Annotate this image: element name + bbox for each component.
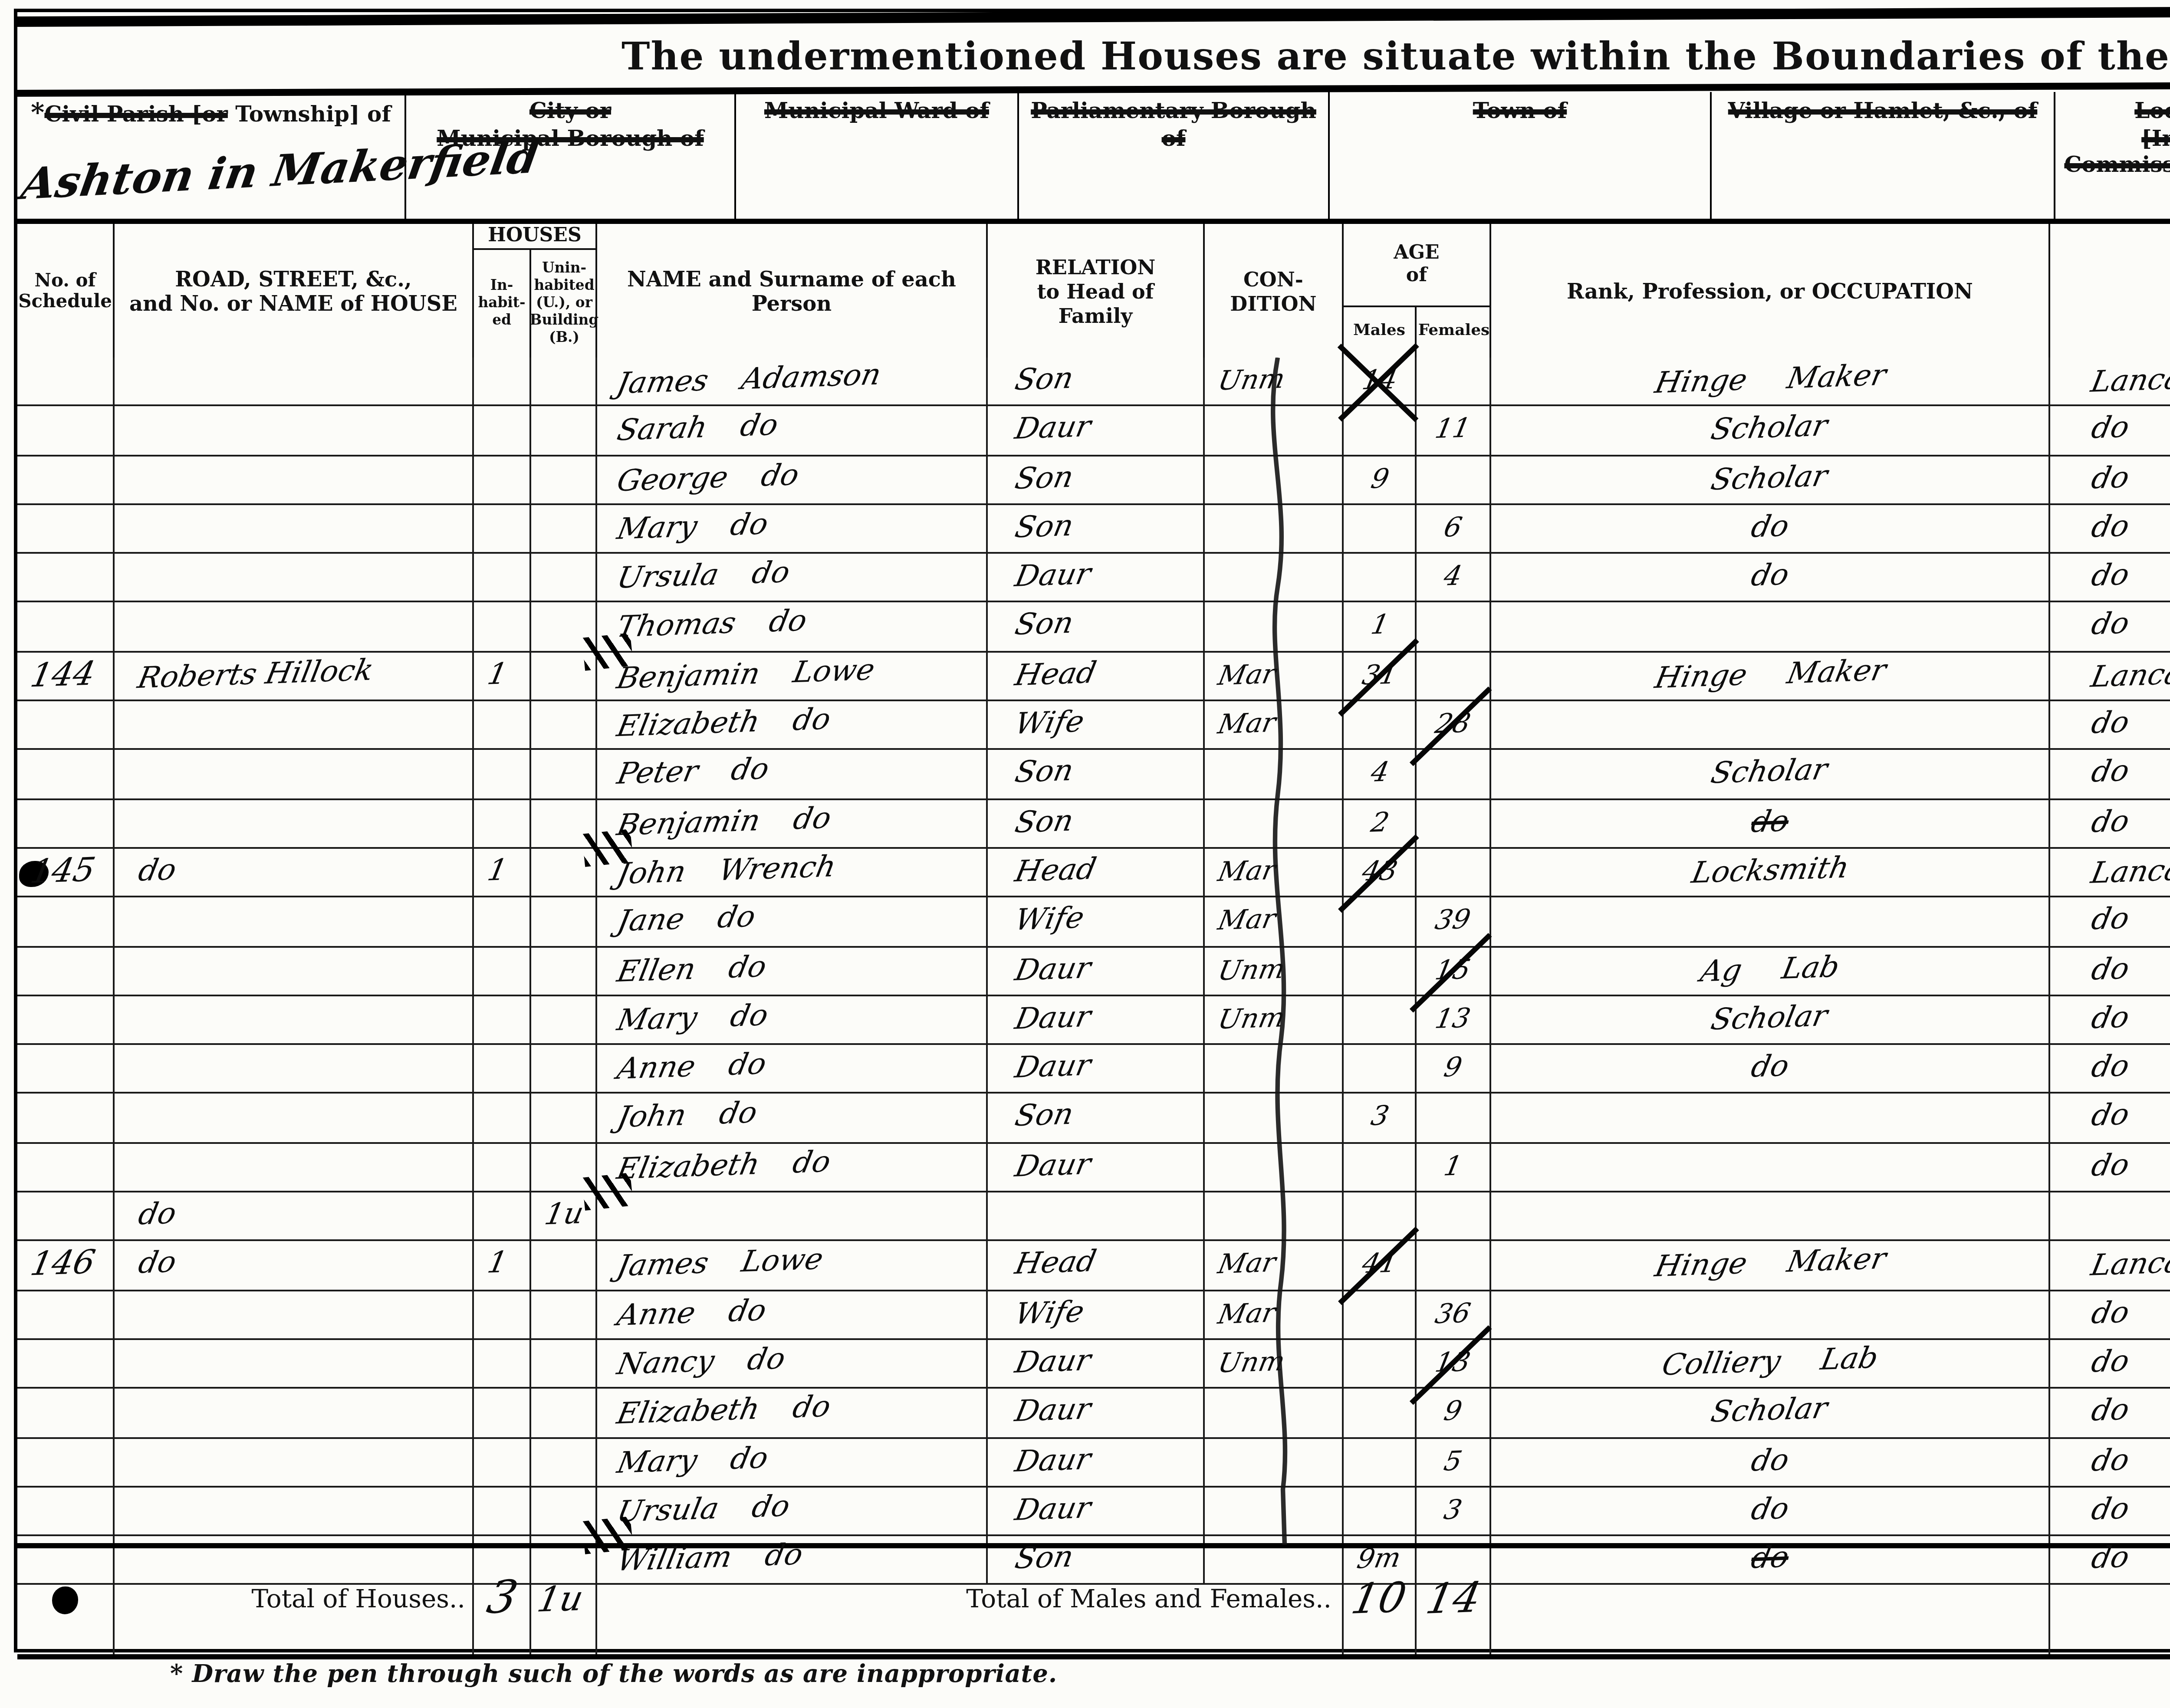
born-county: do — [2088, 1339, 2134, 1386]
cell-age-f: 6 — [1417, 505, 1491, 552]
totals-houses-uninhabited: 1u — [531, 1548, 597, 1654]
cell-condition: Mar — [1205, 701, 1344, 749]
cell-relation: Wife — [988, 898, 1205, 945]
cell-schedule — [17, 947, 115, 994]
handwritten-inhabited: 1 — [483, 1242, 511, 1287]
handwritten-relation: Daur — [1011, 995, 1095, 1042]
cell-age-m — [1344, 1045, 1417, 1093]
cell-born: LancashireWarrington — [2050, 849, 2170, 896]
cell-road: do — [115, 1242, 474, 1289]
cell-schedule — [17, 407, 115, 454]
district-cell-6: Village or Hamlet, &c., of — [1712, 92, 2055, 219]
cell-uninhabited — [531, 1242, 597, 1289]
census-sheet: – – – – The undermentioned Houses are si… — [0, 0, 2170, 1708]
census-row: James AdamsonSonUnm14Hinge MakerLancashi… — [17, 358, 2170, 407]
cell-uninhabited — [531, 1438, 597, 1485]
handwritten-relation: Daur — [1011, 553, 1095, 601]
cell-occupation: Scholar — [1491, 751, 2050, 798]
handwritten-age-f: 4 — [1440, 554, 1466, 599]
cell-name: Ursula do — [597, 554, 988, 601]
handwritten-occupation: do — [1747, 553, 1792, 600]
cell-schedule — [17, 898, 115, 945]
cell-uninhabited — [531, 456, 597, 503]
cell-inhabited — [474, 947, 531, 994]
cell-condition — [1205, 1438, 1344, 1485]
cell-road: do — [115, 849, 474, 896]
handwritten-inhabited: 1 — [483, 652, 511, 697]
cell-schedule: 144 — [17, 652, 115, 700]
handwritten-name: John Wrench — [613, 845, 840, 897]
cell-schedule — [17, 1143, 115, 1191]
handwritten-occupation: Scholar — [1708, 1387, 1832, 1436]
cell-age-f: 9 — [1417, 1389, 1491, 1436]
handwritten-relation: Wife — [1011, 700, 1088, 748]
handwritten-name: Mary do — [613, 993, 772, 1044]
district-cell-7: Local Board, or [Improvement Commissione… — [2055, 92, 2170, 219]
cell-occupation — [1491, 1094, 2050, 1142]
cell-name: Thomas do — [597, 603, 988, 650]
handwritten-name: Thomas do — [613, 600, 811, 651]
cell-occupation: Hinge Maker — [1491, 1242, 2050, 1289]
cell-uninhabited — [531, 701, 597, 749]
handwritten-relation: Son — [1011, 798, 1077, 846]
cell-relation: Daur — [988, 947, 1205, 994]
born-county: do — [2088, 701, 2134, 747]
household-separator-mark — [582, 829, 633, 867]
census-row: Mary doDaur5dododo — [17, 1438, 2170, 1487]
cell-relation: Daur — [988, 1438, 1205, 1485]
cell-born: dodo — [2050, 996, 2170, 1043]
cell-name: Anne do — [597, 1045, 988, 1093]
district-header-strip: *Civil Parish [or Township] ofAshton in … — [17, 92, 2170, 219]
handwritten-condition: Mar — [1214, 1241, 1279, 1288]
cell-condition: Unm — [1205, 947, 1344, 994]
cell-schedule — [17, 554, 115, 601]
born-county: Lancashire — [2088, 355, 2170, 405]
cell-inhabited — [474, 751, 531, 798]
cell-age-m — [1344, 947, 1417, 994]
handwritten-age-f: 11 — [1431, 406, 1475, 453]
handwritten-schedule: 144 — [26, 651, 99, 699]
table-header: No. of Schedule ROAD, STREET, &c., and N… — [17, 219, 2170, 358]
cell-inhabited — [474, 800, 531, 847]
cell-relation: Daur — [988, 1143, 1205, 1191]
cell-born: dodo — [2050, 456, 2170, 503]
handwritten-relation: Head — [1011, 1240, 1100, 1288]
cell-born: doAshton — [2050, 898, 2170, 945]
cell-occupation: Scholar — [1491, 456, 2050, 503]
handwritten-age-f: 3 — [1440, 1487, 1466, 1533]
cell-occupation — [1491, 1192, 2050, 1240]
handwritten-occupation: Hinge Maker — [1651, 1238, 1890, 1291]
cell-occupation — [1491, 1143, 2050, 1191]
handwritten-road: do — [135, 848, 180, 894]
handwritten-relation: Wife — [1011, 1290, 1088, 1337]
cell-road — [115, 505, 474, 552]
census-rows: James AdamsonSonUnm14Hinge MakerLancashi… — [17, 358, 2170, 1586]
cell-name: Mary do — [597, 996, 988, 1043]
handwritten-relation: Head — [1011, 651, 1100, 699]
cell-road: Roberts Hillock — [115, 652, 474, 700]
cell-occupation: do — [1491, 1045, 2050, 1093]
handwritten-road: do — [135, 1241, 180, 1288]
cell-relation: Son — [988, 603, 1205, 650]
handwritten-occupation: do — [1747, 1438, 1792, 1484]
cell-age-m: 43 — [1344, 849, 1417, 896]
cell-age-f: 36 — [1417, 1291, 1491, 1338]
handwritten-name: Benjamin Lowe — [613, 648, 879, 702]
cell-age-f — [1417, 652, 1491, 700]
cell-born: dodo — [2050, 800, 2170, 847]
handwritten-name: Elizabeth do — [613, 1385, 834, 1438]
col-header-females: Females — [1417, 307, 1491, 358]
district-label: Local Board, or [Improvement Commissione… — [2064, 97, 2170, 177]
born-county: do — [2088, 750, 2134, 796]
born-county: do — [2088, 553, 2134, 600]
cell-age-m: 4 — [1344, 751, 1417, 798]
cell-schedule — [17, 701, 115, 749]
cell-age-m: 31 — [1344, 652, 1417, 700]
census-row: Peter doSon4Scholardodo — [17, 751, 2170, 800]
cell-uninhabited — [531, 947, 597, 994]
cell-inhabited — [474, 1389, 531, 1436]
cell-born: LancashireAshton — [2050, 652, 2170, 700]
handwritten-relation: Head — [1011, 847, 1100, 895]
cell-born: LancashireAshton — [2050, 1242, 2170, 1289]
cell-relation: Daur — [988, 407, 1205, 454]
cell-age-f — [1417, 456, 1491, 503]
handwritten-relation: Son — [1011, 455, 1077, 502]
cell-road — [115, 996, 474, 1043]
cell-born: dodo — [2050, 701, 2170, 749]
census-row: John doSon3dodo — [17, 1094, 2170, 1143]
born-county: do — [2088, 1094, 2134, 1140]
handwritten-occupation: Scholar — [1708, 749, 1832, 798]
cell-born: dodo — [2050, 603, 2170, 650]
cell-age-m — [1344, 1291, 1417, 1338]
handwritten-age-m: 3 — [1366, 1094, 1392, 1140]
cell-road — [115, 947, 474, 994]
handwritten-age-m: 2 — [1366, 799, 1392, 845]
handwritten-occupation: Locksmith — [1687, 846, 1853, 897]
handwritten-relation: Daur — [1011, 946, 1095, 993]
cell-condition — [1205, 1094, 1344, 1142]
cell-age-m — [1344, 554, 1417, 601]
cell-relation: Head — [988, 1242, 1205, 1289]
census-row: Thomas doSon1dodo — [17, 603, 2170, 652]
cell-relation: Son — [988, 456, 1205, 503]
handwritten-relation: Son — [1011, 357, 1077, 404]
census-row: 144Roberts Hillock1Benjamin LoweHeadMar3… — [17, 652, 2170, 701]
cell-age-m: 3 — [1344, 1094, 1417, 1142]
cell-inhabited — [474, 407, 531, 454]
handwritten-age-f: 9 — [1440, 1389, 1466, 1434]
cell-inhabited — [474, 996, 531, 1043]
handwritten-condition: Unm — [1214, 1339, 1289, 1386]
born-county: do — [2088, 1143, 2134, 1189]
cell-name: Jane do — [597, 898, 988, 945]
district-label-struck: Civil Parish [or — [44, 101, 228, 127]
handwritten-relation: Son — [1011, 1094, 1077, 1141]
handwritten-age-f: 13 — [1431, 995, 1475, 1042]
cell-relation: Son — [988, 1094, 1205, 1142]
handwritten-age-f: 1 — [1440, 1143, 1466, 1189]
born-county: do — [2088, 602, 2134, 649]
cell-road — [115, 1340, 474, 1387]
handwritten-relation: Daur — [1011, 1486, 1095, 1534]
cell-condition — [1205, 800, 1344, 847]
cell-road — [115, 1291, 474, 1338]
census-row: Nancy doDaurUnm13Colliery Labdodo — [17, 1340, 2170, 1389]
cell-relation: Son — [988, 800, 1205, 847]
cell-born: dodo — [2050, 407, 2170, 454]
cell-condition: Mar — [1205, 1242, 1344, 1289]
handwritten-age-f: 6 — [1440, 505, 1466, 550]
handwritten-occupation: Hinge Maker — [1651, 354, 1890, 407]
cell-age-f — [1417, 1192, 1491, 1240]
cell-inhabited: 1 — [474, 1242, 531, 1289]
cell-relation: Daur — [988, 996, 1205, 1043]
cell-condition — [1205, 751, 1344, 798]
scan-smear-top — [14, 4, 2170, 27]
cell-born: dodo — [2050, 505, 2170, 552]
footnote: * Draw the pen through such of the words… — [170, 1661, 1057, 1689]
cell-inhabited — [474, 554, 531, 601]
handwritten-relation: Son — [1011, 602, 1077, 650]
cell-relation — [988, 1192, 1205, 1240]
cell-inhabited — [474, 1045, 531, 1093]
cell-age-f — [1417, 1242, 1491, 1289]
cell-age-f — [1417, 849, 1491, 896]
cell-condition: Unm — [1205, 358, 1344, 405]
cell-inhabited — [474, 1291, 531, 1338]
cell-occupation: Colliery Lab — [1491, 1340, 2050, 1387]
cell-occupation: do — [1491, 1438, 2050, 1485]
cell-schedule: 146 — [17, 1242, 115, 1289]
born-county: do — [2088, 1045, 2134, 1091]
cell-name: George do — [597, 456, 988, 503]
cell-road — [115, 751, 474, 798]
handwritten-relation: Daur — [1011, 1142, 1095, 1190]
handwritten-road: do — [135, 1192, 180, 1238]
cell-occupation — [1491, 1291, 2050, 1338]
handwritten-relation: Daur — [1011, 1044, 1095, 1092]
cell-born: dodo — [2050, 1438, 2170, 1485]
cell-occupation — [1491, 701, 2050, 749]
cell-inhabited — [474, 358, 531, 405]
census-row: 145do1John WrenchHeadMar43LocksmithLanca… — [17, 849, 2170, 898]
cell-condition: Mar — [1205, 849, 1344, 896]
cell-age-m — [1344, 1487, 1417, 1534]
cell-age-m — [1344, 1389, 1417, 1436]
census-row: Benjamin doSon2dododo — [17, 800, 2170, 849]
handwritten-uninhabited: 1u — [540, 1192, 587, 1238]
cell-born: dodo — [2050, 1487, 2170, 1534]
handwritten-relation: Daur — [1011, 1388, 1095, 1435]
cell-name: Benjamin Lowe — [597, 652, 988, 700]
col-header-schedule: No. of Schedule — [17, 224, 115, 358]
cell-relation: Son — [988, 751, 1205, 798]
cell-occupation: do — [1491, 554, 2050, 601]
district-label: Village or Hamlet, &c., of — [1728, 97, 2038, 123]
cell-schedule — [17, 505, 115, 552]
district-label: Parliamentary Borough of — [1031, 97, 1316, 151]
census-row: Anne doDaur9dododo — [17, 1045, 2170, 1094]
handwritten-age-f: 36 — [1431, 1290, 1475, 1337]
cell-road — [115, 407, 474, 454]
cell-born: dodo — [2050, 1094, 2170, 1142]
cell-age-m — [1344, 898, 1417, 945]
cell-age-m — [1344, 407, 1417, 454]
cell-born: dodo — [2050, 554, 2170, 601]
cell-schedule: 145 — [17, 849, 115, 896]
cell-age-f: 11 — [1417, 407, 1491, 454]
handwritten-name: Peter do — [613, 748, 773, 798]
cell-uninhabited — [531, 898, 597, 945]
cell-name: Anne do — [597, 1291, 988, 1338]
handwritten-name: Mary do — [613, 1435, 772, 1486]
born-county: do — [2088, 1438, 2134, 1484]
handwritten-relation: Son — [1011, 504, 1077, 551]
cell-age-m: 9 — [1344, 456, 1417, 503]
cell-name: Ursula do — [597, 1487, 988, 1534]
cell-occupation — [1491, 898, 2050, 945]
born-county: do — [2088, 406, 2134, 453]
handwritten-relation: Son — [1011, 1535, 1077, 1583]
ink-dot — [52, 1586, 78, 1614]
handwritten-schedule: 145 — [26, 847, 99, 895]
cell-occupation: Ag Lab — [1491, 947, 2050, 994]
handwritten-name: William do — [613, 1533, 806, 1585]
cell-inhabited: 1 — [474, 849, 531, 896]
census-row: Mary doSon6dododo — [17, 505, 2170, 554]
cell-born: dodo — [2050, 1045, 2170, 1093]
cell-schedule — [17, 1192, 115, 1240]
totals-males: 10 — [1344, 1548, 1417, 1654]
cell-age-f: 13 — [1417, 996, 1491, 1043]
cell-age-m: 2 — [1344, 800, 1417, 847]
cell-relation: Wife — [988, 701, 1205, 749]
born-county: Lancashire — [2088, 846, 2170, 897]
totals-houses-label: Total of Houses.. — [115, 1548, 474, 1654]
cell-name: Ellen do — [597, 947, 988, 994]
cell-name: John do — [597, 1094, 988, 1142]
handwritten-condition: Unm — [1214, 995, 1289, 1042]
born-county: do — [2088, 1388, 2134, 1435]
cell-uninhabited — [531, 505, 597, 552]
cell-road — [115, 800, 474, 847]
cell-uninhabited — [531, 1045, 597, 1093]
cell-name: Mary do — [597, 1438, 988, 1485]
cell-age-m: 14 — [1344, 358, 1417, 405]
handwritten-occupation: Hinge Maker — [1651, 648, 1890, 701]
handwritten-occupation: Ag Lab — [1697, 945, 1843, 995]
cell-uninhabited — [531, 1389, 597, 1436]
col-header-where-born: WHERE BORN — [2050, 224, 2170, 358]
district-cell-5: Town of — [1330, 92, 1712, 219]
cell-age-m — [1344, 701, 1417, 749]
handwritten-age-f: 9 — [1440, 1045, 1466, 1090]
cell-relation: Daur — [988, 1340, 1205, 1387]
cell-name: Elizabeth do — [597, 1389, 988, 1436]
handwritten-condition: Mar — [1214, 1290, 1279, 1337]
cell-condition — [1205, 1389, 1344, 1436]
cell-inhabited — [474, 1487, 531, 1534]
handwritten-name: James Lowe — [613, 1238, 827, 1290]
col-header-houses: HOUSES — [474, 224, 595, 250]
census-row: Jane doWifeMar39doAshton — [17, 898, 2170, 947]
cell-schedule — [17, 1291, 115, 1338]
household-separator-mark — [582, 1173, 633, 1211]
census-row: George doSon9Scholardodo — [17, 456, 2170, 505]
cell-inhabited — [474, 603, 531, 650]
cell-schedule — [17, 1045, 115, 1093]
col-header-condition: CON- DITION — [1205, 224, 1344, 358]
handwritten-name: Benjamin do — [613, 796, 835, 848]
census-row: Elizabeth doWifeMar28dodo — [17, 701, 2170, 750]
cell-road — [115, 1389, 474, 1436]
cell-age-m — [1344, 996, 1417, 1043]
cell-age-f: 1 — [1417, 1143, 1491, 1191]
handwritten-name: Jane do — [613, 896, 759, 946]
handwritten-name: Elizabeth do — [613, 1140, 834, 1192]
cell-age-f — [1417, 603, 1491, 650]
handwritten-age-m: 9 — [1366, 456, 1392, 501]
asterisk-mark: * — [31, 97, 44, 128]
cell-schedule — [17, 456, 115, 503]
totals-houses-inhabited: 3 — [474, 1548, 531, 1654]
district-cell-1: *Civil Parish [or Township] ofAshton in … — [17, 92, 406, 219]
handwritten-name: George do — [613, 453, 802, 504]
cell-relation: Head — [988, 652, 1205, 700]
handwritten-road: Roberts Hillock — [134, 648, 377, 702]
district-cell-4: Parliamentary Borough of — [1019, 92, 1330, 219]
household-separator-mark — [582, 1517, 633, 1554]
cell-name — [597, 1192, 988, 1240]
cell-road: do — [115, 1192, 474, 1240]
cell-road — [115, 1438, 474, 1485]
cell-road — [115, 701, 474, 749]
handwritten-occupation: Colliery Lab — [1658, 1336, 1882, 1389]
handwritten-relation: Son — [1011, 749, 1077, 797]
cell-inhabited — [474, 1094, 531, 1142]
cell-born: LancashireAshton — [2050, 358, 2170, 405]
cell-name: James Adamson — [597, 358, 988, 405]
cell-age-f: 28 — [1417, 701, 1491, 749]
cell-born: dodo — [2050, 751, 2170, 798]
cell-condition: Mar — [1205, 1291, 1344, 1338]
handwritten-name: James Adamson — [613, 353, 885, 407]
district-label: *Civil Parish [or Township] of — [31, 101, 391, 127]
census-row: Mary doDaurUnm13Scholardodo — [17, 996, 2170, 1045]
district-label-rest: Township] of — [228, 101, 391, 127]
born-county: Lancashire — [2088, 650, 2170, 700]
census-row: Anne doWifeMar36dodo — [17, 1291, 2170, 1340]
cell-name: James Lowe — [597, 1242, 988, 1289]
col-header-males: Males — [1344, 307, 1417, 358]
col-header-age-group: AGE of Males Females — [1344, 224, 1491, 358]
cell-schedule — [17, 1094, 115, 1142]
totals-dot-cell — [17, 1548, 115, 1654]
cell-age-m — [1344, 1143, 1417, 1191]
cell-age-f: 9 — [1417, 1045, 1491, 1093]
handwritten-condition: Unm — [1214, 946, 1289, 993]
handwritten-occupation: do — [1747, 1487, 1792, 1533]
cell-inhabited — [474, 1340, 531, 1387]
cell-schedule — [17, 603, 115, 650]
cell-condition — [1205, 456, 1344, 503]
cell-condition: Unm — [1205, 996, 1344, 1043]
